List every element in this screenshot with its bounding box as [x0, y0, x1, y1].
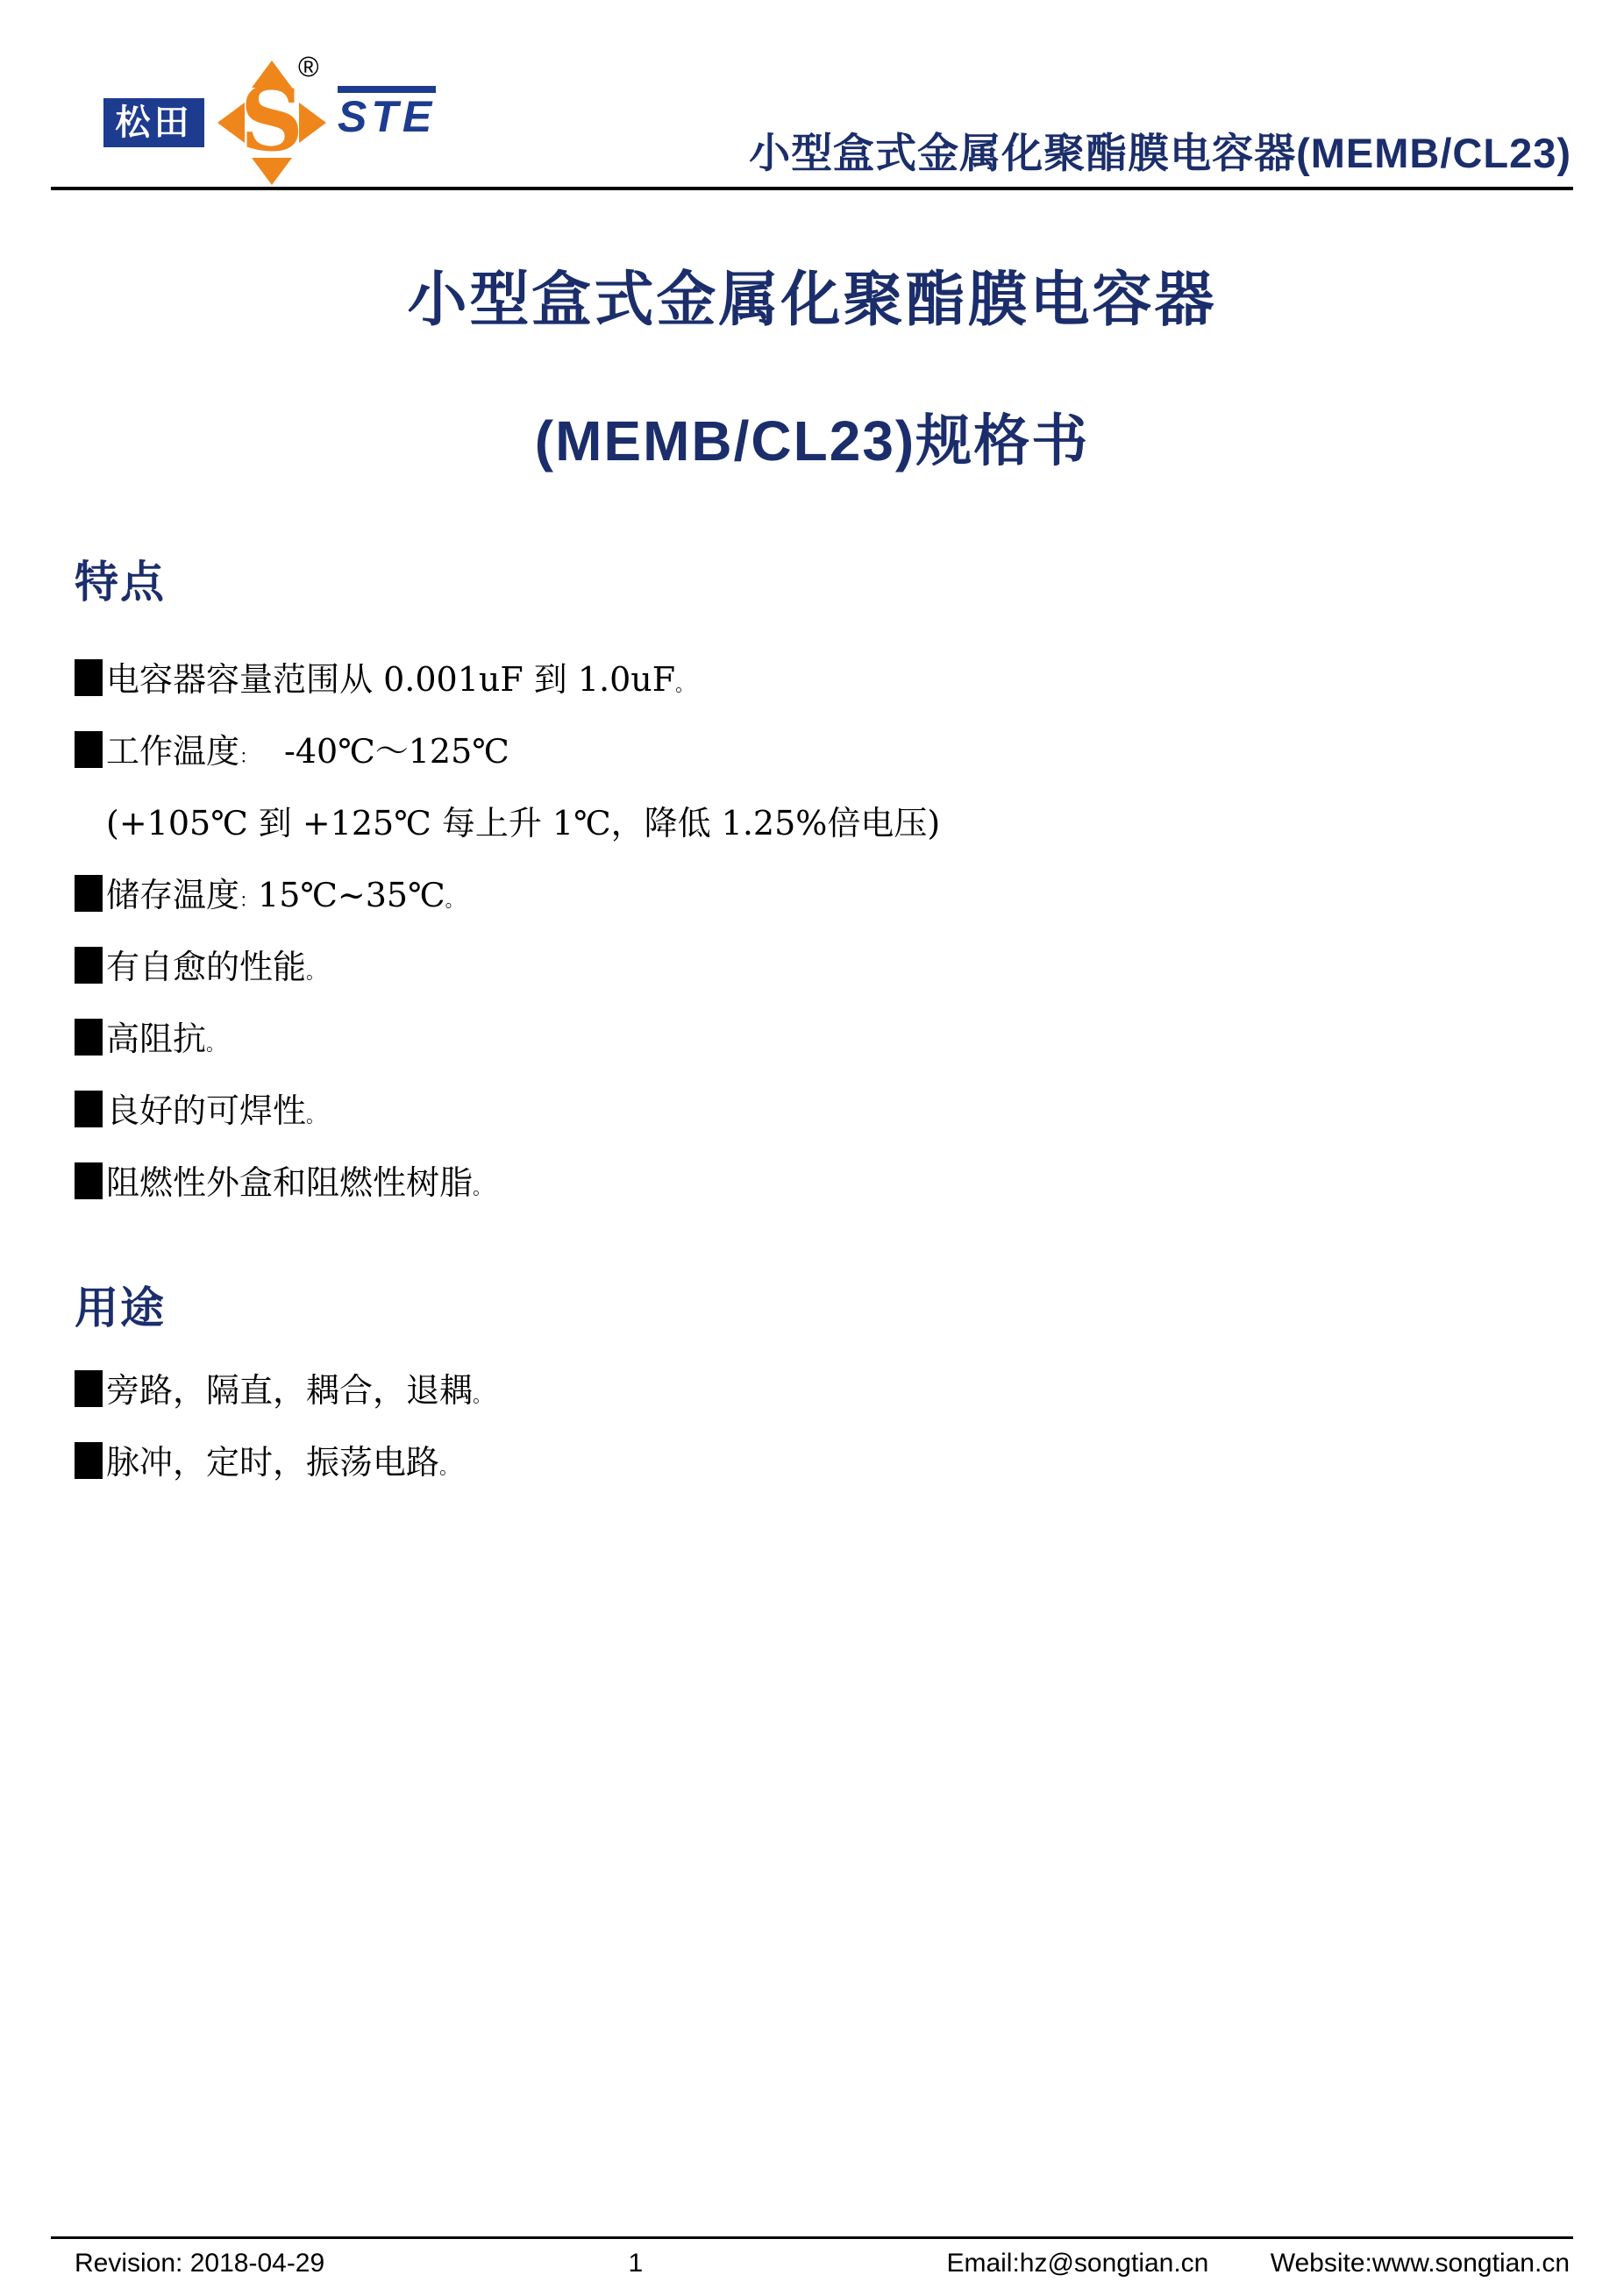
feature-item-high-impedance: 高阻抗。: [75, 1003, 1571, 1075]
footer-email: Email:hz@songtian.cn: [946, 2249, 1208, 2278]
application-period: 。: [473, 1385, 491, 1406]
applications-heading: 用途: [75, 1273, 166, 1336]
bullet-square-icon: [75, 731, 103, 768]
main-title-line2: (MEMB/CL23)规格书: [0, 396, 1624, 477]
feature-item-operating-temp: 工作温度：-40℃～125℃: [75, 715, 1571, 787]
features-heading: 特点: [75, 547, 166, 610]
ste-wordmark: STE: [338, 86, 436, 139]
company-logo: 松田 S ® STE: [51, 0, 524, 187]
datasheet-page: 松田 S ® STE 小型盒式金属化聚酯膜电容器(MEMB/CL23) 小型盒式…: [0, 0, 1624, 2296]
feature-text: 良好的可焊性: [106, 1091, 306, 1130]
s-letter: S: [240, 75, 303, 163]
feature-period: 。: [675, 674, 694, 695]
feature-text: 储存温度: [106, 876, 239, 914]
feature-text: 电容器容量范围从 0.001uF 到 1.0uF: [106, 660, 675, 699]
footer-website: Website:www.songtian.cn: [1271, 2249, 1570, 2278]
application-text: 旁路，隔直，耦合，退耦: [106, 1371, 473, 1410]
page-header: 松田 S ® STE 小型盒式金属化聚酯膜电容器(MEMB/CL23): [51, 0, 1573, 190]
feature-item-self-healing: 有自愈的性能。: [75, 931, 1571, 1003]
feature-item-storage-temp: 储存温度：15℃~35℃。: [75, 859, 1571, 931]
main-title-line1: 小型盒式金属化聚酯膜电容器: [0, 252, 1624, 338]
bullet-square-icon: [75, 1162, 103, 1199]
bullet-square-icon: [75, 947, 103, 984]
feature-text: 工作温度: [106, 732, 239, 771]
feature-period: 。: [206, 1034, 224, 1055]
feature-colon: ：: [239, 746, 258, 767]
feature-period: 。: [306, 1105, 324, 1127]
feature-item-solderability: 良好的可焊性。: [75, 1075, 1571, 1147]
feature-colon: ：: [239, 890, 258, 911]
header-document-title: 小型盒式金属化聚酯膜电容器(MEMB/CL23): [749, 121, 1571, 180]
application-item-timing: 脉冲，定时，振荡电路。: [75, 1426, 1571, 1498]
footer-page-number: 1: [628, 2249, 643, 2278]
feature-period: 。: [306, 962, 324, 983]
bullet-square-icon: [75, 1370, 103, 1407]
feature-text: 阻燃性外盒和阻燃性树脂: [106, 1163, 473, 1202]
bullet-square-icon: [75, 875, 103, 912]
feature-value: 15℃~35℃: [258, 876, 445, 914]
application-item-coupling: 旁路，隔直，耦合，退耦。: [75, 1354, 1571, 1426]
feature-text: 高阻抗: [106, 1020, 206, 1058]
page-footer: Revision: 2018-04-29 1 Email:hz@songtian…: [75, 2244, 1570, 2283]
feature-item-capacitance: 电容器容量范围从 0.001uF 到 1.0uF。: [75, 643, 1571, 715]
songtian-wordmark: 松田: [103, 98, 204, 147]
feature-text: (+105℃ 到 +125℃ 每上升 1℃，降低 1.25%倍电压): [106, 804, 940, 842]
footer-divider: [51, 2236, 1573, 2239]
feature-text: 有自愈的性能: [106, 948, 306, 986]
footer-revision: Revision: 2018-04-29: [75, 2249, 324, 2278]
applications-list: 旁路，隔直，耦合，退耦。 脉冲，定时，振荡电路。: [75, 1354, 1571, 1498]
feature-value: -40℃～125℃: [284, 732, 509, 771]
feature-period: 。: [473, 1177, 491, 1198]
bullet-square-icon: [75, 1442, 103, 1479]
feature-item-flame-retardant: 阻燃性外盒和阻燃性树脂。: [75, 1147, 1571, 1219]
application-period: 。: [439, 1457, 458, 1478]
bullet-square-icon: [75, 1091, 103, 1127]
footer-contacts: Email:hz@songtian.cn Website:www.songtia…: [946, 2249, 1570, 2278]
bullet-square-icon: [75, 1019, 103, 1056]
registered-trademark-icon: ®: [298, 51, 319, 83]
feature-item-derating-note: (+105℃ 到 +125℃ 每上升 1℃，降低 1.25%倍电压): [75, 787, 1571, 859]
feature-period: 。: [445, 890, 464, 911]
bullet-square-icon: [75, 659, 103, 696]
application-text: 脉冲，定时，振荡电路: [106, 1443, 439, 1482]
features-list: 电容器容量范围从 0.001uF 到 1.0uF。 工作温度：-40℃～125℃…: [75, 643, 1571, 1219]
